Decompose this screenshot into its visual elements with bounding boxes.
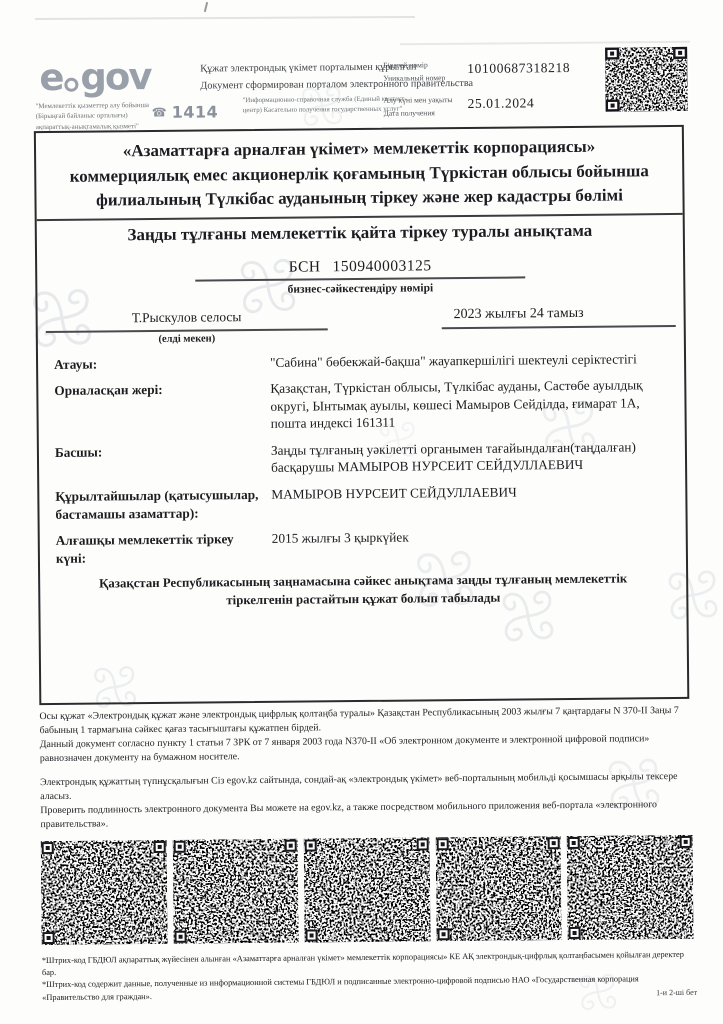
barcode-finder-icon <box>43 932 55 944</box>
field-row-head: Басшы: Заңды тұлғаның уәкілетті органыме… <box>55 438 675 479</box>
barcode-finder-icon <box>173 841 185 853</box>
barcode-finder-icon <box>680 836 692 848</box>
matrix-barcode <box>172 839 299 944</box>
unique-number-value: 10100687318218 <box>467 58 570 85</box>
issuing-org-title: «Азаматтарға арналған үкімет» мемлекетті… <box>36 132 683 217</box>
field-row-location: Орналасқан жері: Қазақстан, Түркістан об… <box>54 376 674 435</box>
barcode-finder-icon <box>548 837 560 849</box>
field-value: 2015 жылғы 3 қыркүйек <box>272 526 676 565</box>
scanned-document: egov "Мемлекеттік қызметтер алу бойынша … <box>0 0 723 1024</box>
certificate-fields: Атауы: "Сабина" бөбекжай-бақша" жауапкер… <box>38 350 686 568</box>
legal-note-ru-2: Проверить подлинность электронного докум… <box>40 798 692 832</box>
barcode-finder-icon <box>305 839 317 851</box>
barcode-finder-icon <box>436 838 448 850</box>
field-label: Алғашқы мемлекеттік тіркеу күні: <box>56 530 272 567</box>
document-title: Заңды тұлғаны мемлекеттік қайта тіркеу т… <box>37 218 683 248</box>
barcode-footnotes: *Штрих-код ГБДЮЛ ақпараттық жүйесінен ал… <box>42 949 694 1004</box>
field-label: Басшы: <box>55 442 271 479</box>
field-row-first-registration: Алғашқы мемлекеттік тіркеу күні: 2015 жы… <box>56 526 676 567</box>
egov-logo-gov: gov <box>80 55 150 99</box>
matrix-barcode <box>41 840 168 945</box>
legal-note-ru-1: Данный документ согласно пункту 1 статьи… <box>40 732 692 766</box>
issue-date-value: 2023 жылғы 24 тамыз <box>442 305 676 329</box>
egov-logo-dot-icon <box>64 78 78 92</box>
bsn-label: БСН <box>289 258 321 275</box>
receive-date-label-ru: Дата получения <box>384 107 468 121</box>
barcode-finder-icon <box>285 840 297 852</box>
field-value: Қазақстан, Түркістан облысы, Түлкібас ау… <box>270 376 674 433</box>
phone-icon: ☎ <box>152 105 167 119</box>
unique-number-row: Бірегей нөмір Уникальный номер 101006873… <box>383 58 593 86</box>
field-value: Заңды тұлғаның уәкілетті органымен тағай… <box>271 438 675 477</box>
bsn-value: 150940003125 <box>332 257 431 275</box>
barcode-finder-icon <box>306 929 318 941</box>
legal-notes: Осы құжат «Электрондық құжат және электр… <box>39 704 692 832</box>
unique-number-label-ru: Уникальный номер <box>383 72 467 86</box>
bsn-caption: бизнес-сәйкестендіру нөмірі <box>37 280 683 298</box>
matrix-barcode <box>304 837 431 942</box>
issue-date-block: 2023 жылғы 24 тамыз <box>442 305 676 342</box>
barcode-finder-icon <box>569 927 581 939</box>
qr-code <box>603 46 690 113</box>
field-value: МАМЫРОВ НУРСЕИТ СЕЙДУЛЛАЕВИЧ <box>271 482 675 521</box>
matrix-barcode <box>567 835 694 940</box>
receive-date-value: 25.01.2024 <box>467 93 534 119</box>
barcode-strip <box>41 835 694 945</box>
barcode-finder-icon <box>568 837 580 849</box>
unique-number-labels: Бірегей нөмір Уникальный номер <box>383 59 467 86</box>
footnote-ru: *Штрих-код содержит данные, полученные и… <box>42 973 694 1004</box>
barcode-finder-icon <box>174 931 186 943</box>
service-info-kk: "Мемлекеттік қызметтер алу бойынша (Біры… <box>36 101 156 133</box>
field-label: Құрылтайшылар (қатысушылар, бастамашы аз… <box>55 486 271 523</box>
settlement-block: Т.Рыскулов селосы (елді мекен) <box>46 308 328 346</box>
field-value: "Сабина" бөбекжай-бақша" жауапкершілігі … <box>270 350 674 371</box>
receive-date-row: Алу күні мен уақыты Дата получения 25.01… <box>384 93 594 121</box>
field-label: Орналасқан жері: <box>54 380 270 435</box>
barcode-finder-icon <box>437 928 449 940</box>
barcode-finder-icon <box>153 841 165 853</box>
place-date-row: Т.Рыскулов селосы (елді мекен) 2023 жылғ… <box>38 305 684 346</box>
field-row-name: Атауы: "Сабина" бөбекжай-бақша" жауапкер… <box>54 350 674 373</box>
receive-date-labels: Алу күні мен уақыты Дата получения <box>384 94 468 121</box>
barcode-finder-icon <box>416 838 428 850</box>
field-row-founders: Құрылтайшылар (қатысушылар, бастамашы аз… <box>55 482 675 523</box>
barcode-finder-icon <box>42 842 54 854</box>
receive-date-label-kk: Алу күні мен уақыты <box>384 94 468 108</box>
document-meta: Бірегей нөмір Уникальный номер 101006873… <box>383 58 594 130</box>
egov-logo-e: e <box>39 56 63 99</box>
matrix-barcode <box>435 836 562 941</box>
settlement-caption: (елді мекен) <box>46 332 328 346</box>
certificate-box: «Азаматтарға арналған үкімет» мемлекетті… <box>34 125 689 705</box>
phone-number: 1414 <box>172 102 219 121</box>
settlement-value: Т.Рыскулов селосы <box>46 308 328 333</box>
page-number: 1-и 2-ші бет <box>656 988 697 997</box>
unique-number-label-kk: Бірегей нөмір <box>383 59 467 73</box>
bsn-underline <box>195 276 525 281</box>
legal-statement: Қазақстан Республикасының заңнамасына сә… <box>68 570 658 611</box>
egov-logo: egov <box>39 58 150 96</box>
bsn-row: БСН150940003125 <box>37 255 683 279</box>
field-label: Атауы: <box>54 354 270 374</box>
contact-phone: ☎ 1414 <box>152 101 219 122</box>
